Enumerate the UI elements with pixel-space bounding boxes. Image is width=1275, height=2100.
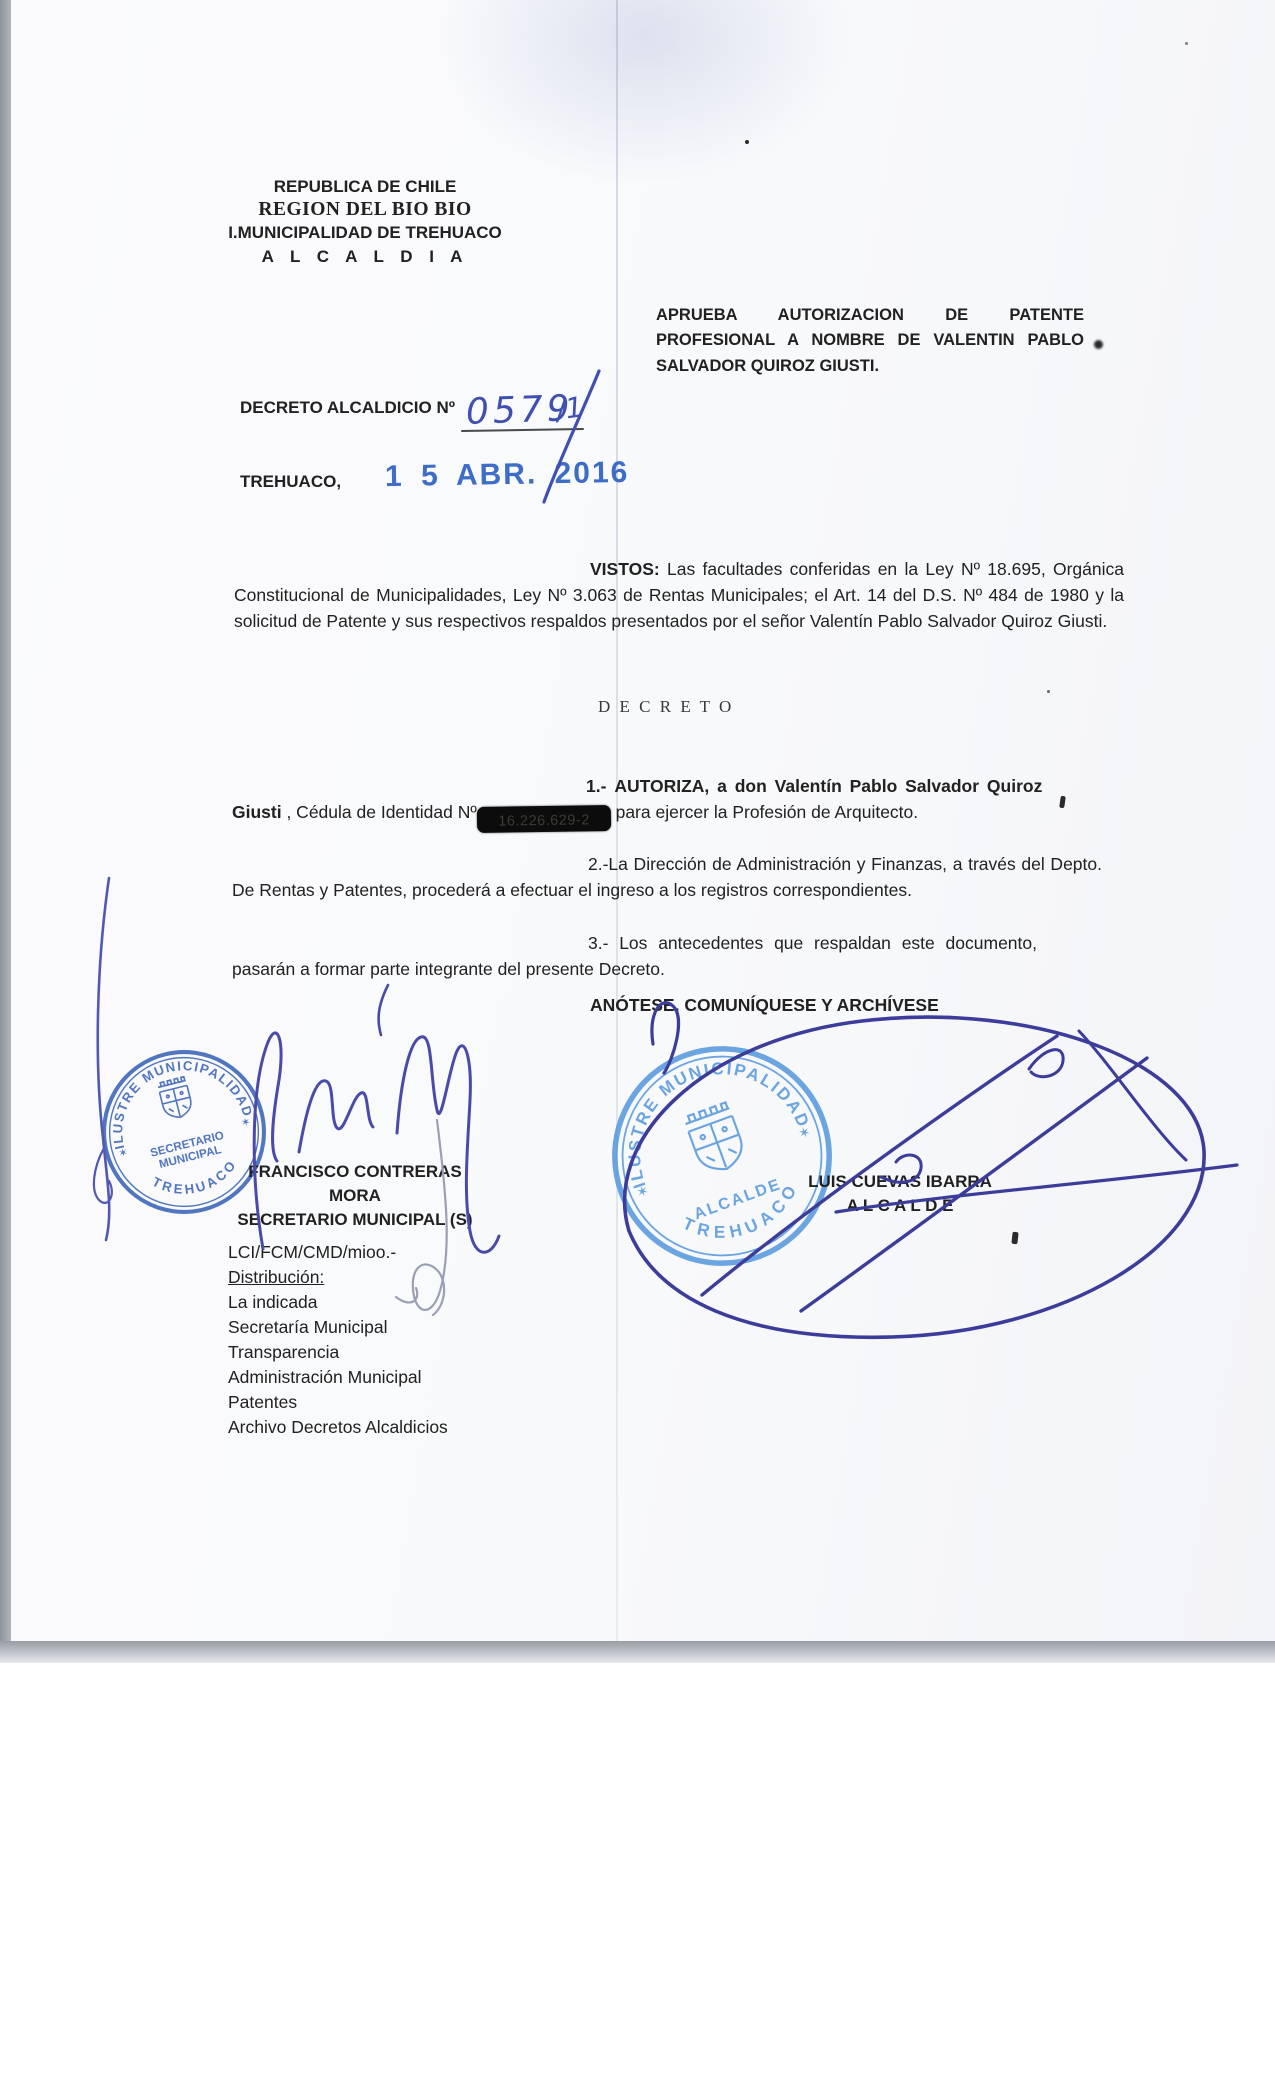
handwritten-decree-suffix: /1 bbox=[554, 390, 586, 426]
scan-speck bbox=[745, 140, 749, 144]
municipal-shield-icon bbox=[157, 1077, 194, 1121]
stamp-right-star-icon: ✶ bbox=[634, 1183, 651, 1202]
article-1-tail: para ejercer la Profesión de Arquitecto. bbox=[611, 802, 918, 822]
letterhead-office: A L C A L D I A bbox=[200, 244, 530, 269]
scan-smudge bbox=[430, 0, 860, 190]
scan-speck bbox=[1047, 690, 1050, 693]
signature-block-alcalde: LUIS CUEVAS IBARRA A L C A L D E bbox=[793, 1170, 1007, 1218]
letterhead: REPUBLICA DE CHILE REGION DEL BIO BIO I.… bbox=[200, 176, 530, 269]
distribution-block: LCI/FCM/CMD/mioo.- Distribución: La indi… bbox=[228, 1240, 448, 1440]
article-1-lead: AUTORIZA, a don Valentín Pablo Salvador … bbox=[614, 776, 1042, 796]
ink-smudge bbox=[1094, 340, 1103, 349]
distribution-item: Patentes bbox=[228, 1390, 448, 1415]
article-2: 2.-La Dirección de Administración y Fina… bbox=[232, 851, 1102, 903]
stamp-left-star-icon: ✶ bbox=[117, 1146, 129, 1160]
letterhead-country: REPUBLICA DE CHILE bbox=[200, 176, 530, 198]
page-bottom-shadow bbox=[0, 1641, 1275, 1663]
signer-right-title: A L C A L D E bbox=[793, 1194, 1007, 1218]
vistos-lead: VISTOS: bbox=[590, 559, 660, 579]
article-1-mid: , Cédula de Identidad Nº bbox=[282, 802, 477, 822]
scan-speck bbox=[1185, 42, 1188, 45]
scanned-decree-document: REPUBLICA DE CHILE REGION DEL BIO BIO I.… bbox=[0, 0, 1275, 2100]
signer-left-title: SECRETARIO MUNICIPAL (S) bbox=[228, 1208, 482, 1232]
scan-edge-shadow bbox=[0, 0, 11, 1643]
vistos-body: Las facultades conferidas en la Ley Nº 1… bbox=[234, 559, 1124, 631]
redacted-id-text: 16.226.629-2 bbox=[498, 812, 590, 829]
article-1-number: 1.- bbox=[586, 776, 606, 796]
vistos-paragraph: VISTOS: Las facultades conferidas en la … bbox=[234, 556, 1124, 634]
distribution-item: La indicada bbox=[228, 1290, 448, 1315]
city-label: TREHUACO, bbox=[240, 472, 341, 492]
redacted-id-number: 16.226.629-2 bbox=[477, 805, 611, 833]
subject-heading: APRUEBA AUTORIZACION DE PATENTE PROFESIO… bbox=[656, 303, 1084, 379]
article-3: 3.- Los antecedentes que respaldan este … bbox=[232, 930, 1037, 982]
signer-left-name: FRANCISCO CONTRERAS MORA bbox=[228, 1160, 482, 1208]
distribution-item: Secretaría Municipal bbox=[228, 1315, 448, 1340]
decreto-heading: D E C R E T O bbox=[598, 697, 734, 717]
municipal-shield-icon bbox=[683, 1102, 748, 1177]
closing-formula: ANÓTESE, COMUNÍQUESE Y ARCHÍVESE bbox=[590, 995, 939, 1016]
distribution-label: Distribución: bbox=[228, 1265, 448, 1290]
stamp-left-star-icon: ✶ bbox=[240, 1116, 252, 1130]
signer-right-name: LUIS CUEVAS IBARRA bbox=[793, 1170, 1007, 1194]
stamp-right-star-icon: ✶ bbox=[796, 1124, 813, 1143]
date-stamp: 1 5 ABR. 2016 bbox=[385, 456, 630, 494]
letterhead-region: REGION DEL BIO BIO bbox=[200, 198, 530, 222]
decree-number-label: DECRETO ALCALDICIO Nº bbox=[240, 398, 455, 418]
article-1: 1.- AUTORIZA, a don Valentín Pablo Salva… bbox=[232, 773, 1124, 832]
distribution-item: Transparencia bbox=[228, 1340, 448, 1365]
article-1-surname: Giusti bbox=[232, 802, 282, 822]
distribution-item: Archivo Decretos Alcaldicios bbox=[228, 1415, 448, 1440]
distribution-item: Administración Municipal bbox=[228, 1365, 448, 1390]
letterhead-municipality: I.MUNICIPALIDAD DE TREHUACO bbox=[200, 222, 530, 244]
signature-block-secretario: FRANCISCO CONTRERAS MORA SECRETARIO MUNI… bbox=[228, 1160, 482, 1232]
scan-mark bbox=[1011, 1232, 1018, 1245]
drafting-initials: LCI/FCM/CMD/mioo.- bbox=[228, 1240, 448, 1265]
